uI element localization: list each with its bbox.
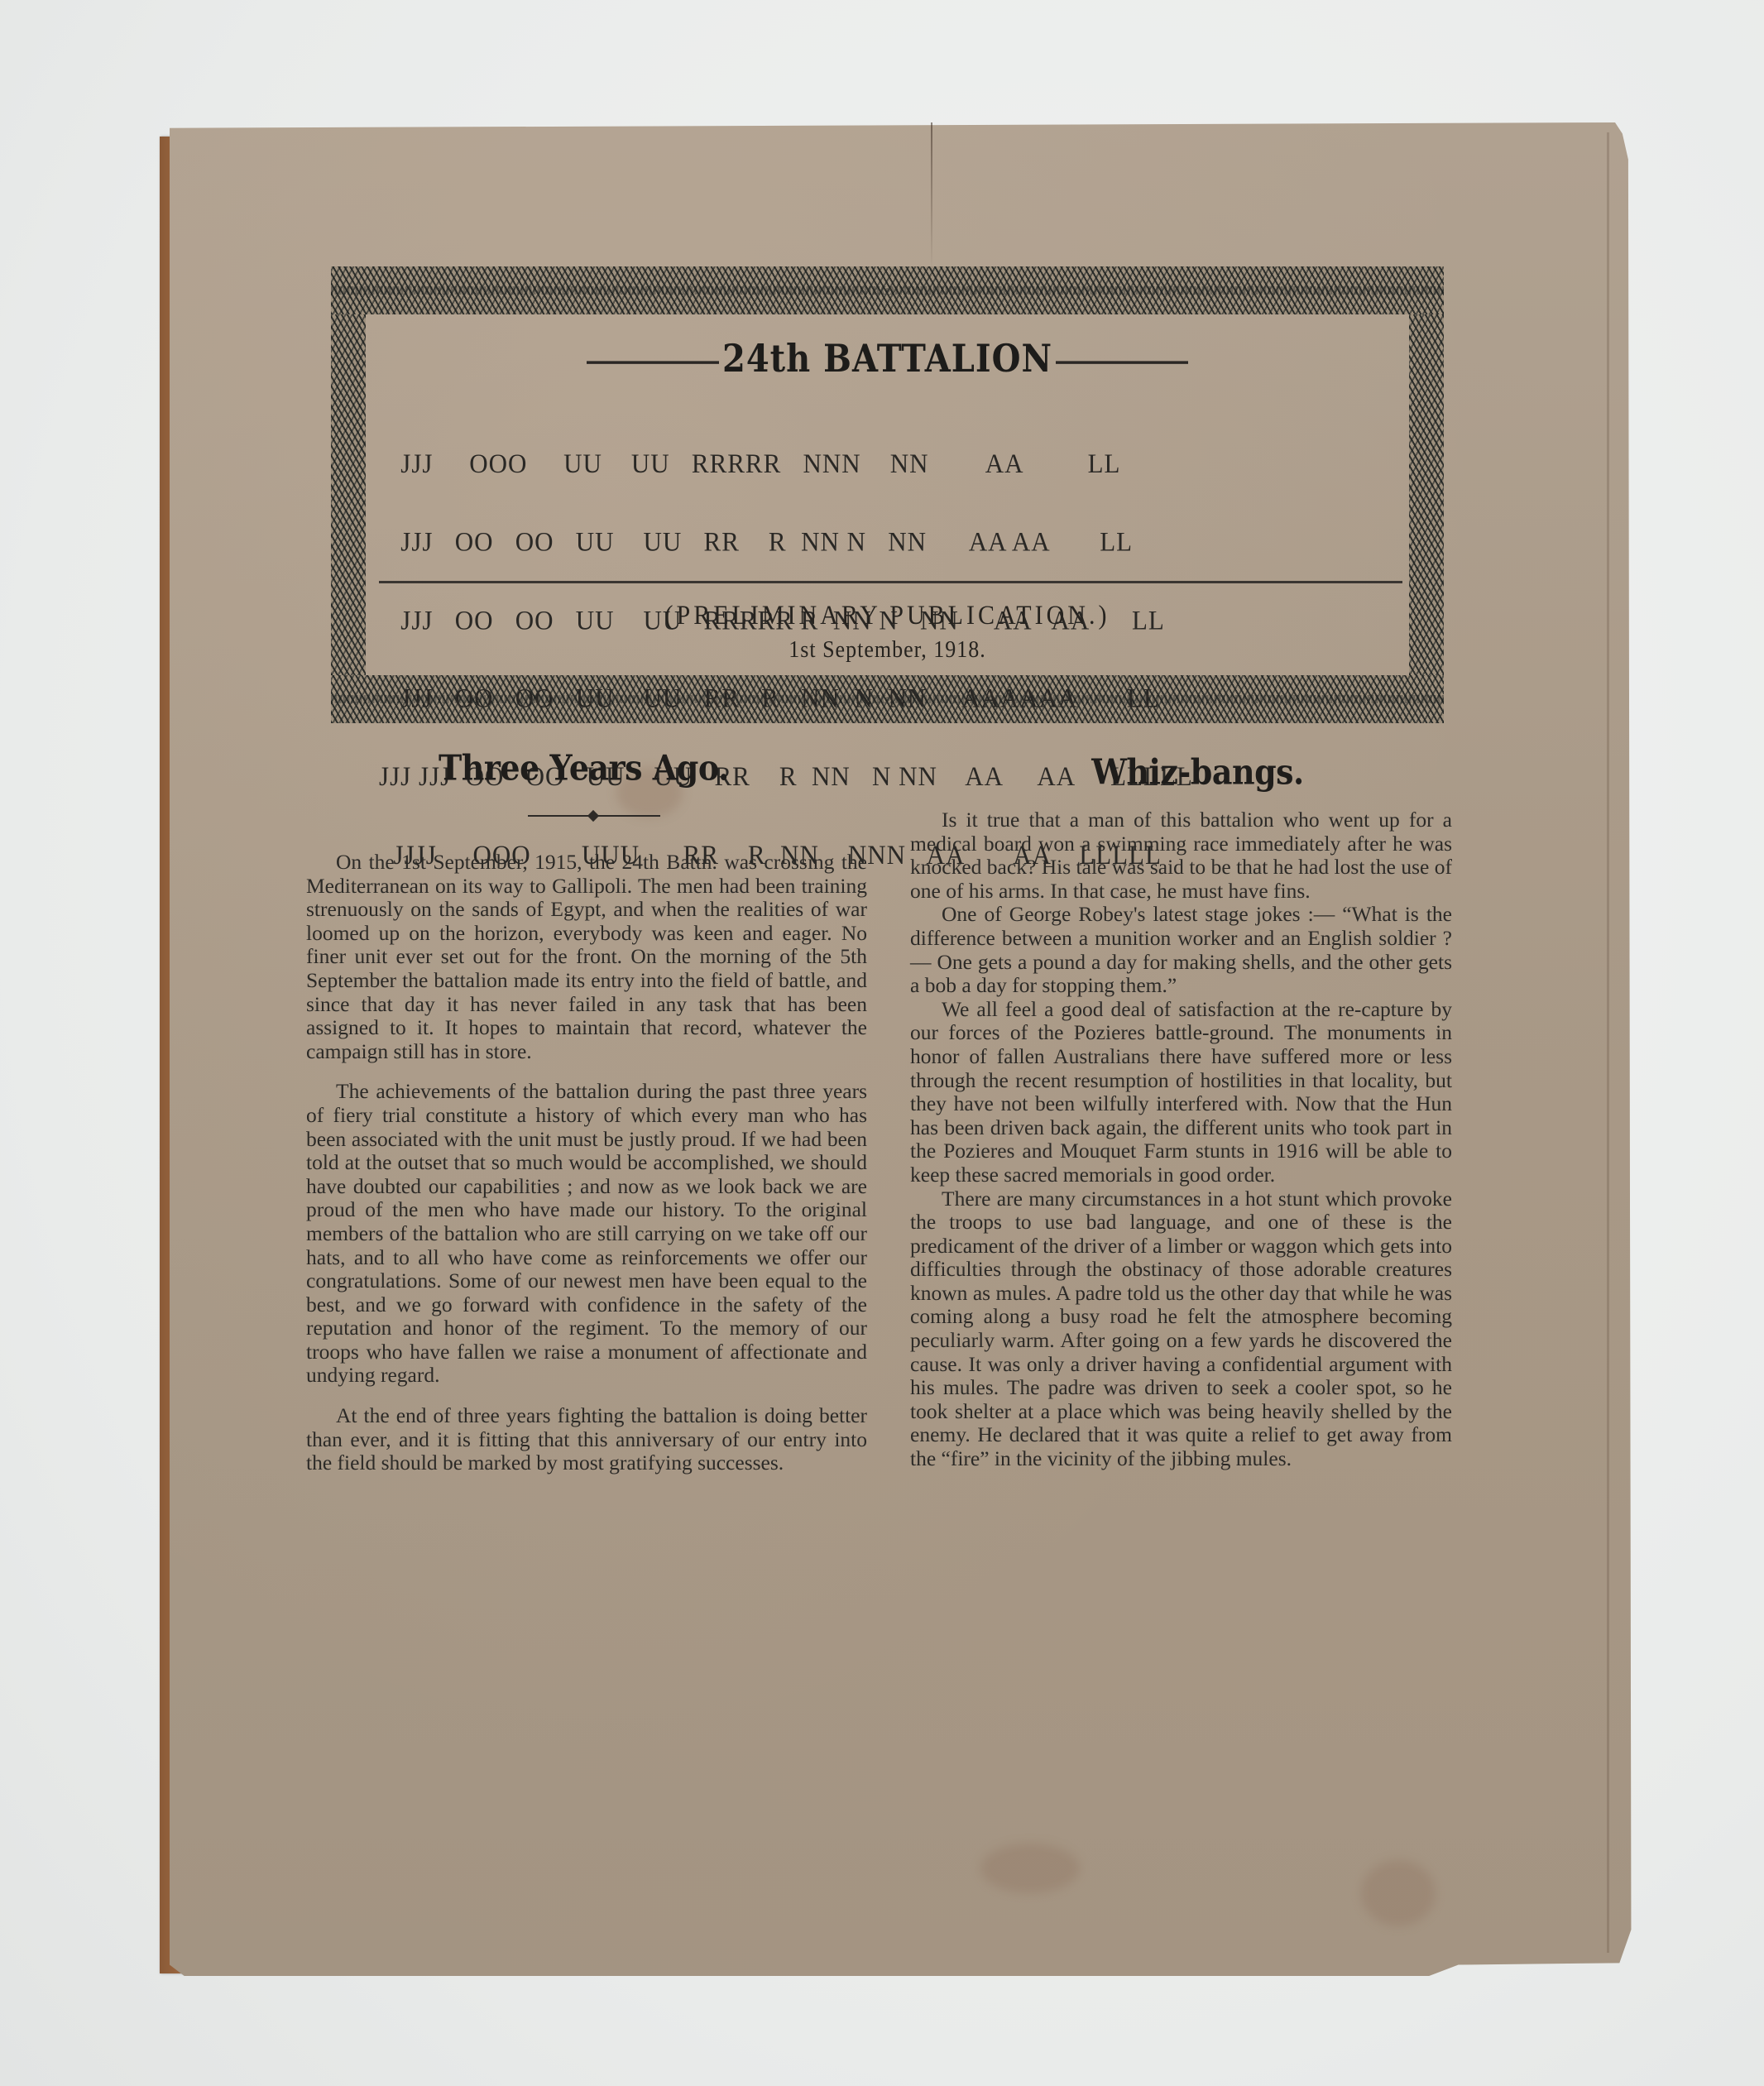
issue-date: 1st September, 1918.	[331, 636, 1444, 664]
ornament-divider-icon	[528, 809, 660, 822]
article-three-years-ago: Three Years Ago. On the 1st September, 1…	[306, 749, 867, 1475]
article-whiz-bangs: Whiz-bangs. Is it true that a man of thi…	[910, 753, 1452, 1471]
stain	[1361, 1860, 1436, 1926]
article-paragraph: The achievements of the battalion during…	[306, 1080, 867, 1388]
battalion-title: 24th BATTALION	[722, 336, 1052, 381]
stain	[980, 1844, 1080, 1893]
article-heading: Whiz-bangs.	[943, 751, 1452, 793]
banner-line: JJJ OO OO UU UU RR R NN N NN AAAAAA LL	[379, 686, 1397, 712]
paper-fold-crease	[931, 122, 932, 271]
article-paragraph: On the 1st September, 1915, the 24th Bat…	[306, 851, 867, 1063]
article-paragraph: We all feel a good deal of satisfaction …	[910, 998, 1452, 1187]
article-paragraph: There are many circumstances in a hot st…	[910, 1187, 1452, 1471]
title-rule-left	[587, 361, 719, 363]
publication-subtitle: (PRELIMINARY PUBLICATION.)	[331, 600, 1444, 631]
masthead-title: 24th BATTALION	[331, 336, 1444, 381]
ornamental-border-top	[331, 266, 1444, 314]
paper-edge-crease	[1607, 132, 1609, 1953]
article-paragraph: Is it true that a man of this battalion …	[910, 808, 1452, 903]
article-heading: Three Years Ago.	[439, 747, 867, 789]
banner-line: JJJ OO OO UU UU RR R NN N NN AA AA LL	[379, 530, 1397, 556]
masthead-divider	[379, 581, 1402, 583]
article-paragraph: At the end of three years fighting the b…	[306, 1404, 867, 1475]
article-paragraph: One of George Robey's latest stage jokes…	[910, 903, 1452, 997]
masthead: 24th BATTALION JJJ OOO UU UU RRRRR NNN N…	[331, 266, 1444, 723]
title-rule-right	[1056, 361, 1188, 363]
banner-line: JJJ OOO UU UU RRRRR NNN NN AA LL	[379, 451, 1397, 477]
